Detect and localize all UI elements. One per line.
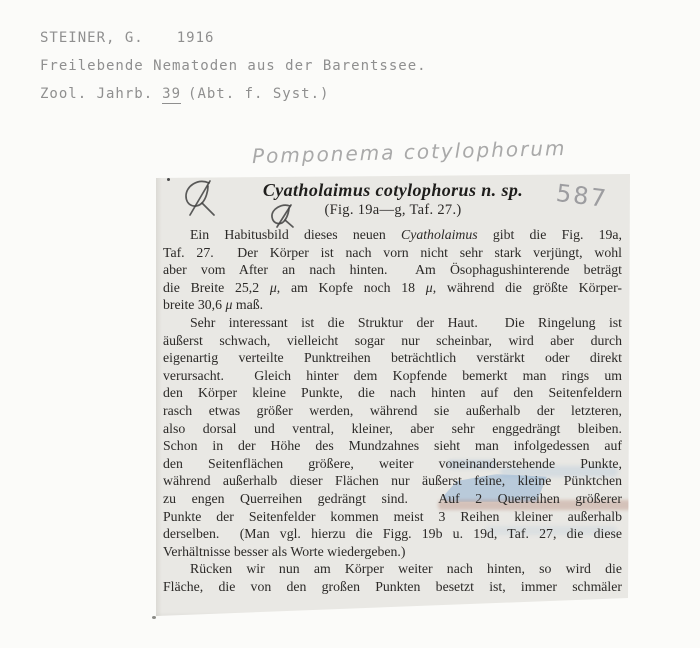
body-line: Ein Habitusbild dieses neuen Cyatholaimu… (163, 226, 622, 244)
body-line: eigenartig verteilte Punktreihen beträch… (163, 349, 622, 367)
body-line: den Seitenflächen größere, weiter vonein… (163, 455, 622, 473)
body-line: den Körper kleine Punkte, die nach hinte… (163, 384, 622, 402)
journal-series: (Abt. f. Syst.) (188, 86, 329, 102)
handwritten-species-annotation: Pomponema cotylophorum (252, 136, 567, 168)
body-line: rasch etwas größer werden, während sie a… (163, 402, 622, 420)
body-line: die Breite 25,2 μ, am Kopfe noch 18 μ, w… (163, 279, 622, 297)
journal-name: Zool. Jahrb. (40, 86, 153, 102)
body-line: während außerhalb dieser Flächen nur äuß… (163, 472, 622, 490)
body-line: Fläche, die von den großen Punkten beset… (163, 578, 622, 596)
body-line: Schon in der Höhe des Mundzahnes sieht m… (163, 437, 622, 455)
body-line: Taf. 27. Der Körper ist nach vorn nicht … (163, 244, 622, 262)
citation-author: STEINER, G. (40, 30, 144, 46)
body-line: also dorsal und ventral, kleiner, aber s… (163, 420, 622, 438)
body-line: aber vom After an nach hinten. Am Ösopha… (163, 261, 622, 279)
body-line: zu engen Querreihen gedrängt sind. Auf 2… (163, 490, 622, 508)
body-line: äußerst schwach, vielleicht sogar nur sc… (163, 332, 622, 350)
citation-journal-line: Zool. Jahrb.39(Abt. f. Syst.) (40, 84, 427, 112)
citation-block: STEINER, G.1916 Freilebende Nematoden au… (40, 28, 427, 112)
clipping-body: Ein Habitusbild dieses neuen Cyatholaimu… (163, 226, 622, 595)
body-line: Rücken wir nun am Körper weiter nach hin… (163, 560, 622, 578)
body-line: Verhältnisse besser als Worte wiedergebe… (163, 543, 622, 561)
body-line: derselben. (Man vgl. hierzu die Figg. 19… (163, 525, 622, 543)
handwritten-alpha-mark-icon (266, 202, 298, 230)
body-line: Sehr interessant ist die Struktur der Ha… (163, 314, 622, 332)
handwritten-alpha-mark-icon (181, 178, 217, 218)
body-line: verursacht. Gleich hinter dem Kopfende b… (163, 367, 622, 385)
body-line: Punkte der Seitenfelder kommen meist 3 R… (163, 508, 622, 526)
journal-volume: 39 (162, 86, 181, 104)
scan-speck (152, 616, 156, 619)
journal-clipping: Cyatholaimus cotylophorus n. sp. (Fig. 1… (155, 174, 631, 618)
scanned-page: STEINER, G.1916 Freilebende Nematoden au… (0, 0, 700, 648)
citation-author-line: STEINER, G.1916 (40, 28, 427, 56)
citation-title: Freilebende Nematoden aus der Barentssee… (40, 56, 427, 84)
scan-speck (167, 178, 170, 181)
citation-year: 1916 (177, 30, 215, 46)
body-line: breite 30,6 μ maß. (163, 296, 622, 314)
